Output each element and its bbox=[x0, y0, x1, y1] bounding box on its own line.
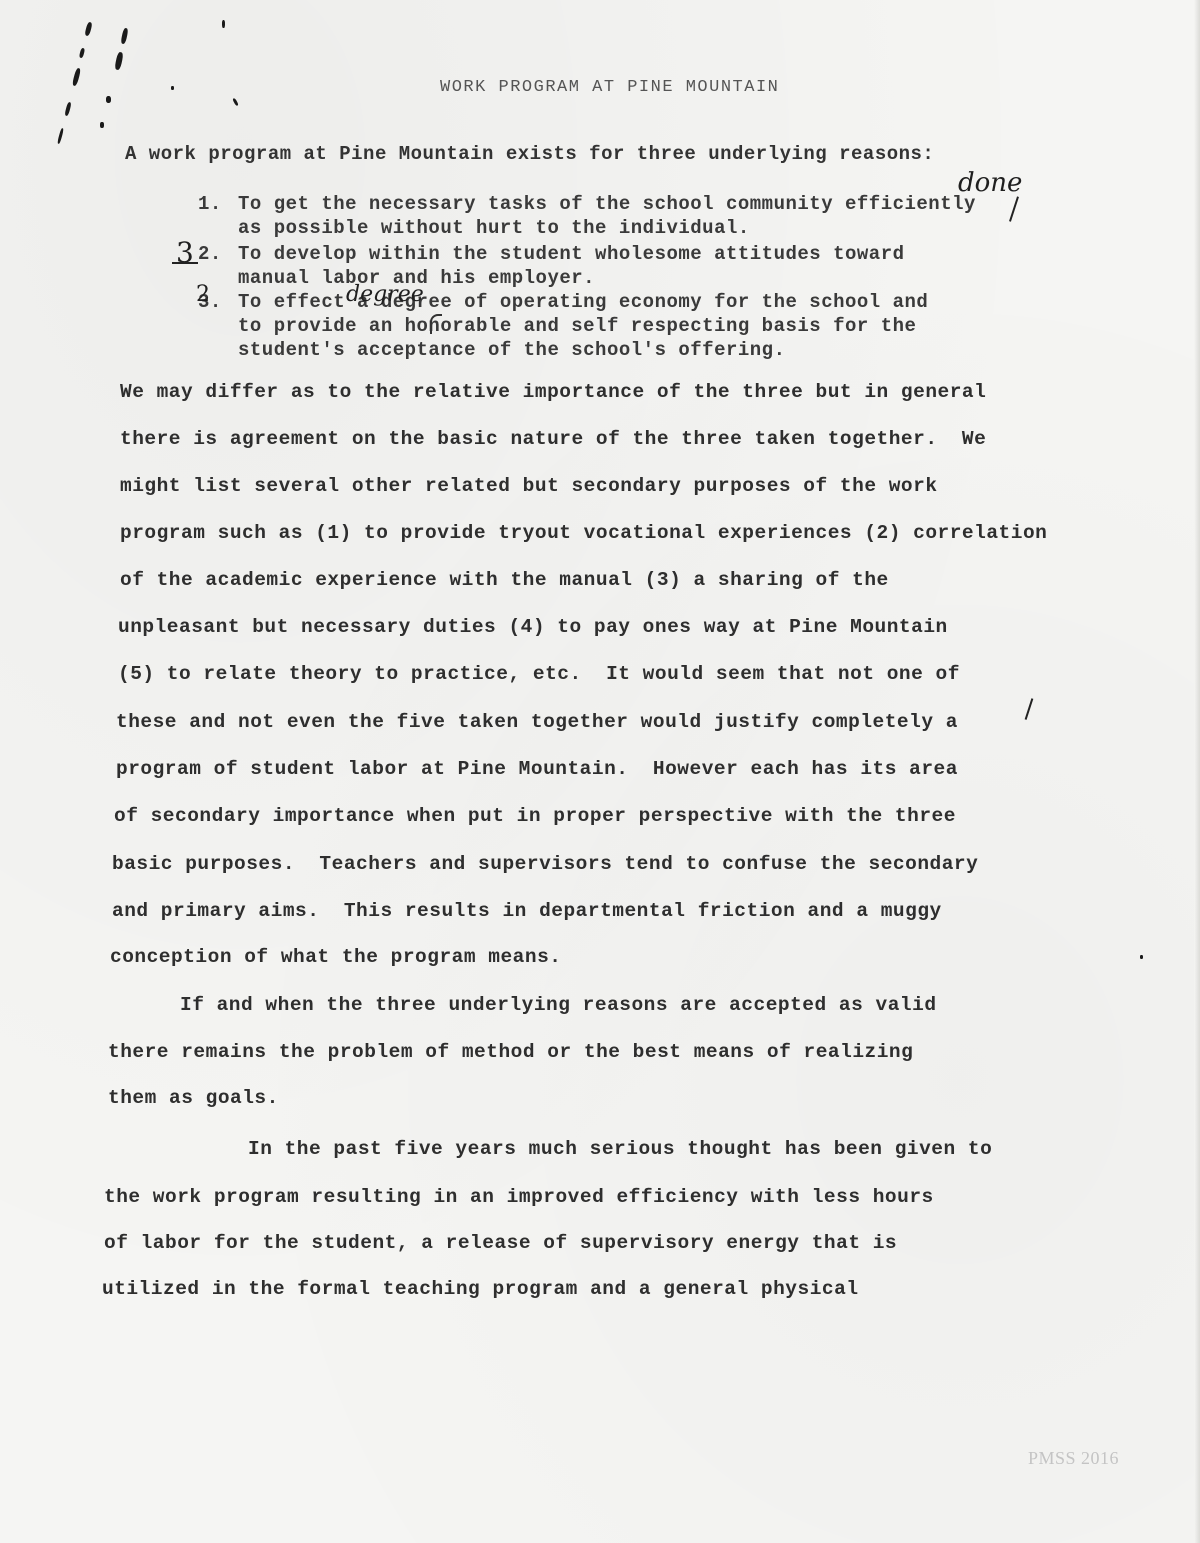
paragraph-line: there is agreement on the basic nature o… bbox=[120, 428, 986, 450]
reason-text-line: To develop within the student wholesome … bbox=[238, 243, 905, 265]
paragraph-line: program such as (1) to provide tryout vo… bbox=[120, 522, 1047, 544]
reason-text-line: as possible without hurt to the individu… bbox=[238, 217, 750, 239]
archive-watermark: PMSS 2016 bbox=[1028, 1448, 1119, 1469]
reason-text-line: student's acceptance of the school's off… bbox=[238, 339, 786, 361]
handwritten-underline-mark bbox=[172, 262, 198, 264]
paragraph-line: these and not even the five taken togeth… bbox=[116, 711, 958, 733]
paragraph-line: (5) to relate theory to practice, etc. I… bbox=[118, 663, 960, 685]
paragraph-line: might list several other related but sec… bbox=[120, 475, 938, 497]
reason-number: 2. bbox=[198, 243, 222, 265]
page-edge-shadow bbox=[1194, 0, 1200, 1543]
reason-text-line: To get the necessary tasks of the school… bbox=[238, 193, 976, 215]
insertion-caret-mark-2 bbox=[1025, 698, 1033, 719]
paragraph-line: of secondary importance when put in prop… bbox=[114, 805, 956, 827]
reason-text-line: to provide an honorable and self respect… bbox=[238, 315, 916, 337]
handwritten-renumber-2: 2 bbox=[196, 282, 210, 307]
paragraph-line: program of student labor at Pine Mountai… bbox=[116, 758, 958, 780]
handwritten-bracket-mark bbox=[430, 314, 442, 334]
paragraph-line: If and when the three underlying reasons… bbox=[180, 994, 937, 1016]
paragraph-line: there remains the problem of method or t… bbox=[108, 1041, 913, 1063]
paragraph-line: them as goals. bbox=[108, 1087, 279, 1109]
paragraph-line: of the academic experience with the manu… bbox=[120, 569, 889, 591]
paragraph-line: basic purposes. Teachers and supervisors… bbox=[112, 853, 978, 875]
paragraph-line: conception of what the program means. bbox=[110, 946, 561, 968]
reason-number: 1. bbox=[198, 193, 222, 215]
handwritten-insert-done: done bbox=[958, 168, 1022, 198]
document-title: WORK PROGRAM AT PINE MOUNTAIN bbox=[440, 78, 779, 97]
paragraph-line: and primary aims. This results in depart… bbox=[112, 900, 942, 922]
insertion-caret-mark bbox=[1009, 196, 1018, 221]
handwritten-overwrite-degree: degree bbox=[346, 282, 424, 307]
paragraph-line: the work program resulting in an improve… bbox=[104, 1186, 934, 1208]
paragraph-line: unpleasant but necessary duties (4) to p… bbox=[118, 616, 948, 638]
scanned-page: WORK PROGRAM AT PINE MOUNTAIN A work pro… bbox=[0, 0, 1200, 1543]
handwritten-renumber-3: 3 bbox=[176, 236, 194, 269]
paragraph-line: In the past five years much serious thou… bbox=[248, 1138, 992, 1160]
intro-sentence: A work program at Pine Mountain exists f… bbox=[125, 143, 934, 165]
paragraph-line: utilized in the formal teaching program … bbox=[102, 1278, 859, 1300]
paragraph-line: We may differ as to the relative importa… bbox=[120, 381, 986, 403]
paragraph-line: of labor for the student, a release of s… bbox=[104, 1232, 897, 1254]
reason-text-line: To effect a degree of operating economy … bbox=[238, 291, 928, 313]
